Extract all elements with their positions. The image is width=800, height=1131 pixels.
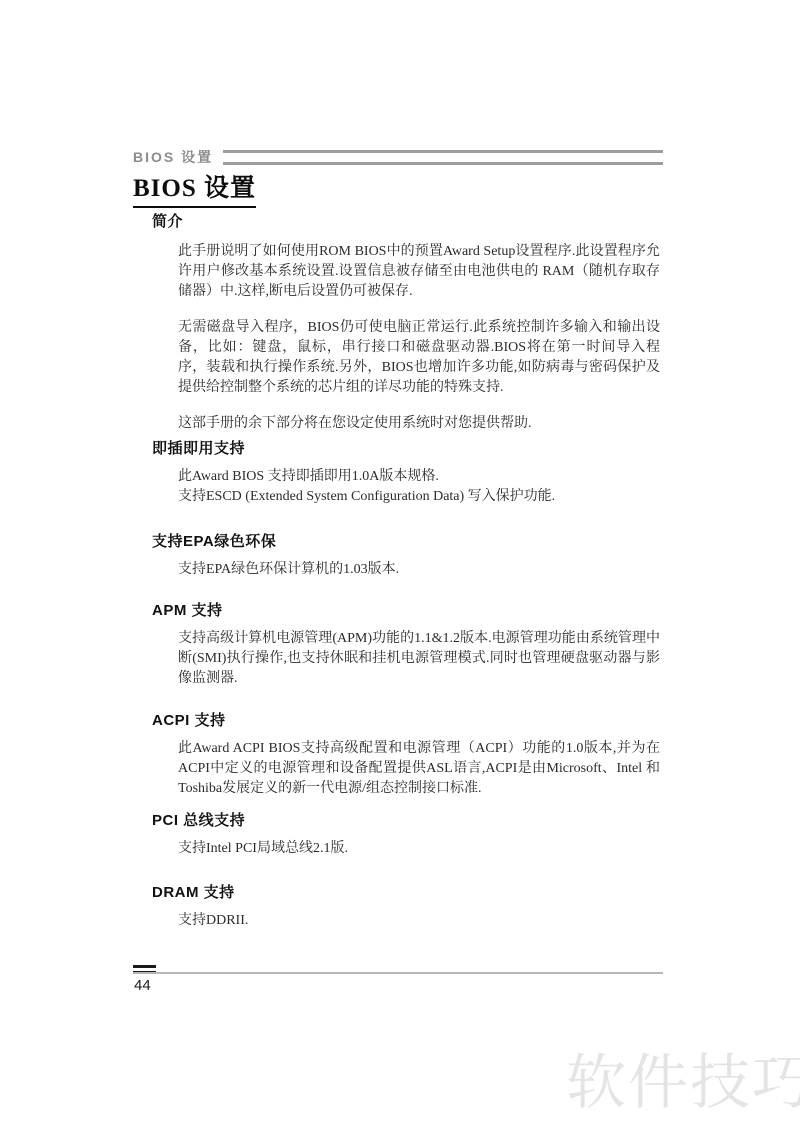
header-double-rule (223, 150, 663, 165)
watermark: 软件技巧 (566, 1035, 800, 1121)
footer-rule (133, 972, 663, 974)
section-intro: 简介 此手册说明了如何使用ROM BIOS中的预置Award Setup设置程序… (133, 210, 663, 434)
section-apm: APM 支持 支持高级计算机电源管理(APM)功能的1.1&1.2版本.电源管理… (133, 599, 663, 689)
section-heading: APM 支持 (152, 599, 663, 620)
section-heading: ACPI 支持 (152, 709, 663, 730)
paragraph: 支持Intel PCI局域总线2.1版. (178, 839, 660, 859)
paragraph: 此手册说明了如何使用ROM BIOS中的预置Award Setup设置程序.此设… (178, 242, 660, 302)
section-heading: 简介 (152, 210, 663, 231)
paragraph: 支持高级计算机电源管理(APM)功能的1.1&1.2版本.电源管理功能由系统管理… (178, 629, 660, 689)
paragraph: 支持DDRII. (178, 911, 660, 931)
page-title: BIOS 设置 (133, 167, 256, 208)
section-heading: 支持EPA绿色环保 (152, 530, 663, 551)
document-page: BIOS 设置 BIOS 设置 简介 此手册说明了如何使用ROM BIOS中的预… (0, 0, 800, 1131)
section-heading: DRAM 支持 (152, 881, 663, 902)
section-heading: 即插即用支持 (152, 437, 663, 458)
paragraph: 无需磁盘导入程序，BIOS仍可使电脑正常运行.此系统控制许多输入和输出设备，比如… (178, 318, 660, 398)
section-acpi: ACPI 支持 此Award ACPI BIOS支持高级配置和电源管理（ACPI… (133, 709, 663, 799)
paragraph: 此Award BIOS 支持即插即用1.0A版本规格. (178, 467, 660, 487)
page-footer: 44 (133, 962, 663, 1002)
section-heading: PCI 总线支持 (152, 809, 663, 830)
paragraph: 支持EPA绿色环保计算机的1.03版本. (178, 560, 660, 580)
section-plug-and-play: 即插即用支持 此Award BIOS 支持即插即用1.0A版本规格. 支持ESC… (133, 437, 663, 507)
paragraph: 支持ESCD (Extended System Configuration Da… (178, 487, 660, 507)
section-epa-green: 支持EPA绿色环保 支持EPA绿色环保计算机的1.03版本. (133, 530, 663, 580)
page-title-text: BIOS 设置 (133, 168, 256, 208)
running-header-label: BIOS 设置 (133, 147, 213, 167)
section-dram: DRAM 支持 支持DDRII. (133, 881, 663, 931)
page-number: 44 (134, 977, 151, 994)
paragraph: 这部手册的余下部分将在您设定使用系统时对您提供帮助. (178, 414, 660, 434)
running-header: BIOS 设置 (133, 147, 663, 167)
paragraph: 此Award ACPI BIOS支持高级配置和电源管理（ACPI）功能的1.0版… (178, 739, 660, 799)
section-pci-bus: PCI 总线支持 支持Intel PCI局域总线2.1版. (133, 809, 663, 859)
